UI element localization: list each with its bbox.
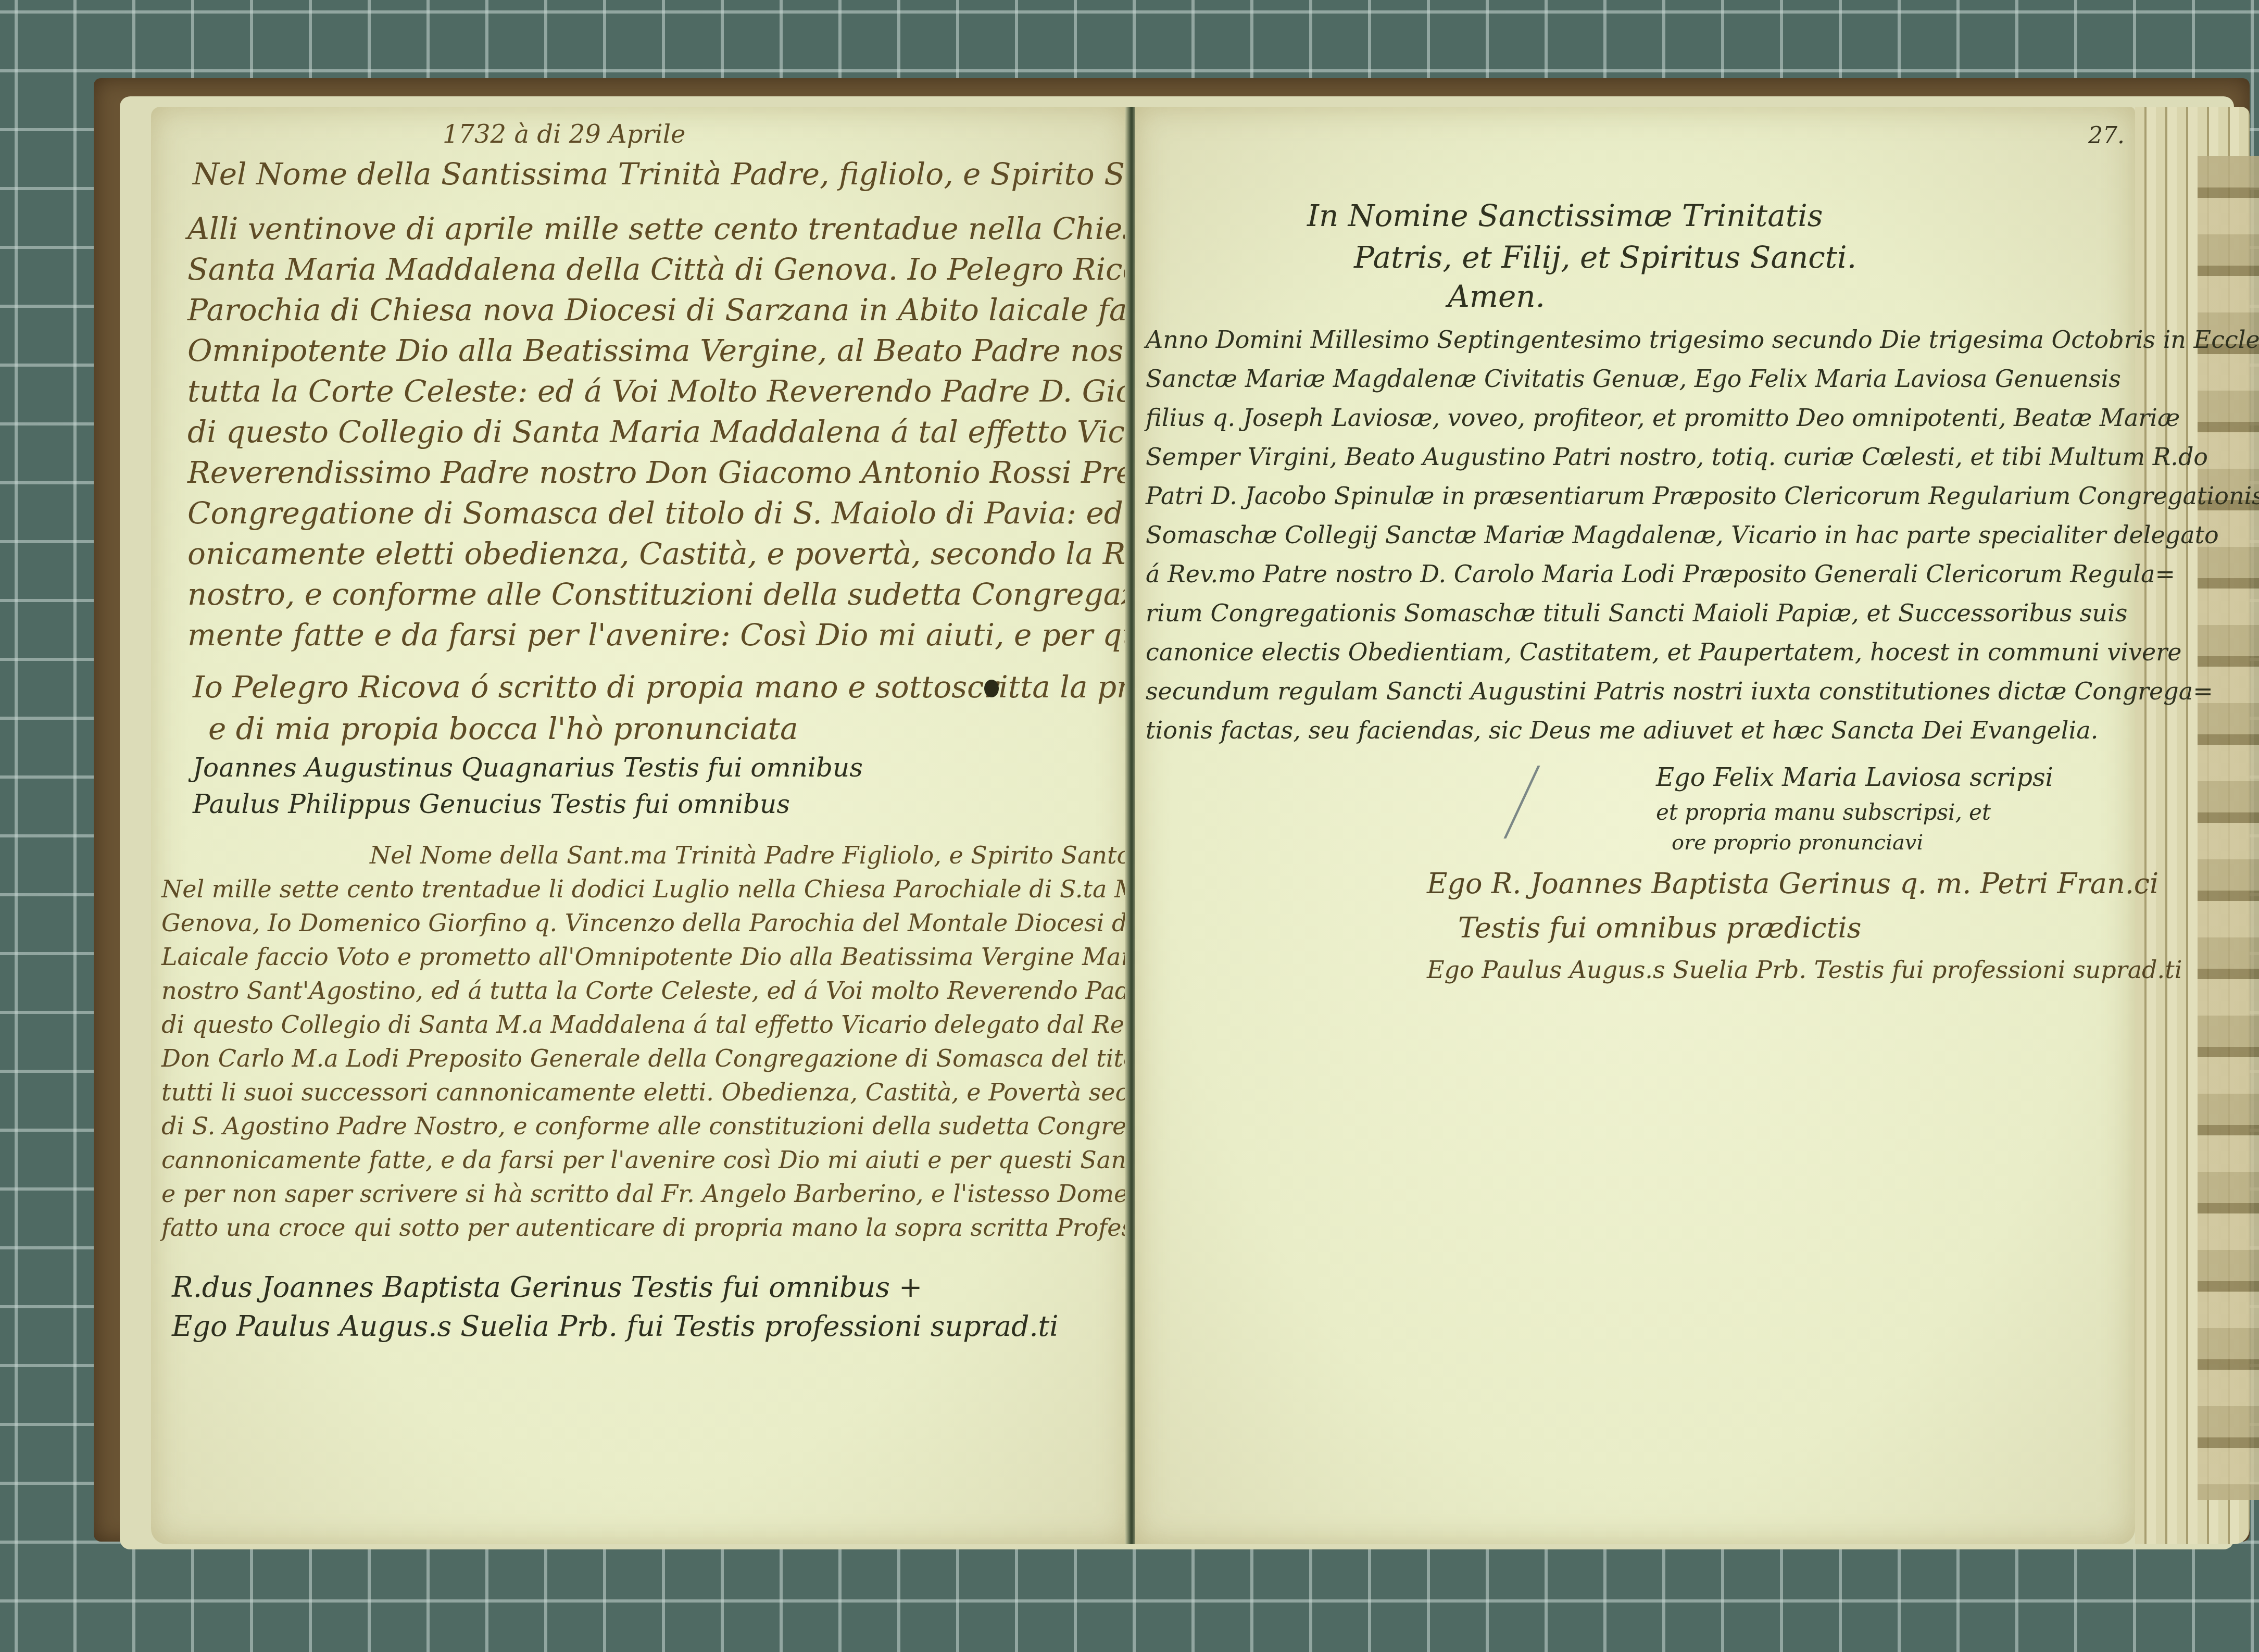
second-body-line: cannonicamente fatte, e da farsi per l'a… bbox=[161, 1146, 1264, 1174]
folio-number: 27. bbox=[2088, 122, 2125, 149]
body-line: Somaschæ Collegij Sanctæ Mariæ Magdalenæ… bbox=[1146, 521, 2219, 549]
witness-signature: Paulus Philippus Genucius Testis fui omn… bbox=[193, 789, 790, 819]
subscription-line: Io Pelegro Ricova ó scritto di propia ma… bbox=[193, 669, 1232, 705]
body-line: Semper Virgini, Beato Augustino Patri no… bbox=[1146, 443, 2208, 471]
body-line: tionis factas, seu faciendas, sic Deus m… bbox=[1146, 716, 2098, 744]
date-heading: 1732 à di 29 Aprile bbox=[443, 120, 685, 149]
subscription-line: e di mia propia bocca l'hò pronunciata bbox=[208, 711, 798, 746]
invocation-line: Amen. bbox=[1448, 279, 1545, 314]
body-line: Anno Domini Millesimo Septingentesimo tr… bbox=[1146, 326, 2259, 354]
subscription-line: et propria manu subscripsi, et bbox=[1656, 799, 1991, 825]
witness-signature: Testis fui omnibus prædictis bbox=[1458, 911, 1861, 944]
left-page: 1732 à di 29 Aprile Nel Nome della Santi… bbox=[151, 107, 1130, 1544]
second-invocation: Nel Nome della Sant.ma Trinità Padre Fig… bbox=[370, 841, 1208, 869]
right-page: In Nomine Sanctissimæ Trinitatis Patris,… bbox=[1135, 107, 2135, 1544]
invocation-line: In Nomine Sanctissimæ Trinitatis bbox=[1307, 198, 1823, 233]
damaged-page-edges bbox=[2198, 156, 2259, 1500]
subscription-line: ore proprio pronunciavi bbox=[1672, 831, 1923, 855]
witness-signature: Ego R. Joannes Baptista Gerinus q. m. Pe… bbox=[1427, 867, 2158, 900]
body-line: Patri D. Jacobo Spinulæ in præsentiarum … bbox=[1146, 482, 2259, 510]
body-line: filius q. Joseph Laviosæ, voveo, profite… bbox=[1146, 404, 2180, 432]
witness-signature: Joannes Augustinus Quagnarius Testis fui… bbox=[193, 753, 863, 783]
body-line: á Rev.mo Patre nostro D. Carolo Maria Lo… bbox=[1146, 560, 2175, 588]
witness-signature: Ego Paulus Augus.s Suelia Prb. Testis fu… bbox=[1427, 956, 2182, 984]
subscription-line: Ego Felix Maria Laviosa scripsi bbox=[1656, 763, 2053, 792]
body-line: secundum regulam Sancti Augustini Patris… bbox=[1146, 677, 2213, 705]
body-line: rium Congregationis Somaschæ tituli Sanc… bbox=[1146, 599, 2127, 627]
invocation-line: Patris, et Filij, et Spiritus Sancti. bbox=[1354, 240, 1856, 275]
ink-blot bbox=[984, 680, 999, 697]
witness-signature: Ego Paulus Augus.s Suelia Prb. fui Testi… bbox=[172, 1310, 1059, 1343]
body-line: canonice electis Obedientiam, Castitatem… bbox=[1146, 638, 2181, 666]
witness-signature: R.dus Joannes Baptista Gerinus Testis fu… bbox=[172, 1271, 922, 1304]
second-body-line: fatto una croce qui sotto per autenticar… bbox=[161, 1213, 1245, 1242]
body-line: Sanctæ Mariæ Magdalenæ Civitatis Genuæ, … bbox=[1146, 365, 2121, 393]
